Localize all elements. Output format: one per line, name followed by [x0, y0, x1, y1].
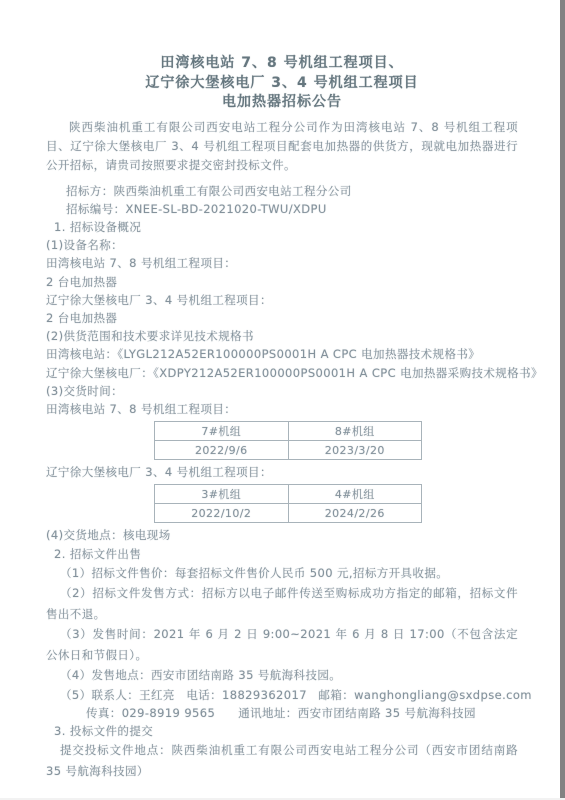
document-title: 田湾核电站 7、8 号机组工程项目、 辽宁徐大堡核电厂 3、4 号机组工程项目 … [46, 54, 518, 113]
delivery-table-tianwan: 7#机组 8#机组 2022/9/6 2023/3/20 [154, 421, 422, 460]
equipment-name-label: (1)设备名称： [46, 236, 518, 254]
fax-address-line: 传真：029-8919 9565通讯地址：西安市团结南路 35 号航海科技园 [46, 704, 518, 722]
table-row: 2022/9/6 2023/3/20 [155, 441, 422, 460]
unit7-header-cell: 7#机组 [155, 422, 289, 441]
xudabao-project-line: 辽宁徐大堡核电厂 3、4 号机组工程项目： [46, 291, 518, 309]
sale-place-line: （4）发售地点：西安市团结南路 35 号航海科技园。 [46, 665, 518, 686]
contact-email: 邮箱：wanghongliang@sxdpse.com [318, 688, 531, 702]
section3-heading: 3. 投标文件的提交 [46, 722, 518, 740]
tianwan-spec-line: 田湾核电站：《LYGL212A52ER100000PS0001H A CPC 电… [46, 345, 518, 363]
intro-paragraph: 陕西柴油机重工有限公司西安电站工程分公司作为田湾核电站 7、8 号机组工程项目、… [46, 118, 518, 175]
fax-number: 传真：029-8919 9565 [86, 706, 215, 720]
xudabao-spec-line: 辽宁徐大堡核电厂：《XDPY212A52ER100000PS0001H A CP… [46, 364, 518, 382]
scanned-document-page: 田湾核电站 7、8 号机组工程项目、 辽宁徐大堡核电厂 3、4 号机组工程项目 … [0, 0, 565, 800]
unit7-date-cell: 2022/9/6 [155, 441, 289, 460]
tianwan-quantity-line: 2 台电加热器 [46, 273, 518, 291]
doc-sale-method-line: （2）招标文件发售方式：招标方以电子邮件传送至购标成功方指定的邮箱，招标文件售出… [46, 583, 518, 624]
section2-heading: 2. 招标文件出售 [46, 545, 518, 563]
tianwan-delivery-label: 田湾核电站 7、8 号机组工程项目： [46, 400, 518, 418]
tender-number-line: 招标编号：XNEE-SL-BD-2021020-TWU/XDPU [46, 200, 518, 218]
xudabao-quantity-line: 2 台电加热器 [46, 309, 518, 327]
contact-line: （5）联系人：王红亮电话：18829362017邮箱：wanghongliang… [46, 686, 518, 704]
doc-price-line: （1）招标文件售价：每套招标文件售价人民币 500 元,招标方开具收据。 [46, 563, 518, 584]
table-row: 2022/10/2 2024/2/26 [155, 504, 422, 523]
tender-info-block: 招标方：陕西柴油机重工有限公司西安电站工程分公司 招标编号：XNEE-SL-BD… [46, 182, 518, 419]
contact-name: （5）联系人：王红亮 [60, 688, 175, 702]
unit8-date-cell: 2023/3/20 [288, 441, 422, 460]
contact-phone: 电话：18829362017 [186, 688, 307, 702]
unit4-date-cell: 2024/2/26 [288, 504, 422, 523]
document-content: 田湾核电站 7、8 号机组工程项目、 辽宁徐大堡核电厂 3、4 号机组工程项目 … [46, 54, 518, 781]
title-line-1: 田湾核电站 7、8 号机组工程项目、 [46, 54, 518, 74]
tianwan-project-line: 田湾核电站 7、8 号机组工程项目： [46, 254, 518, 272]
scan-edge-shadow [560, 0, 565, 800]
unit3-header-cell: 3#机组 [155, 485, 289, 504]
submit-place-line: 提交投标文件地点：陕西柴油机重工有限公司西安电站工程分公司（西安市团结南路 35… [46, 740, 518, 781]
mailing-address: 通讯地址：西安市团结南路 35 号航海科技园 [238, 706, 476, 720]
tenderer-line: 招标方：陕西柴油机重工有限公司西安电站工程分公司 [46, 182, 518, 200]
delivery-time-label: (3)交货时间： [46, 382, 518, 400]
xudabao-delivery-label: 辽宁徐大堡核电厂 3、4 号机组工程项目： [46, 463, 518, 481]
sale-and-submit-block: (4)交货地点：核电现场 2. 招标文件出售 （1）招标文件售价：每套招标文件售… [46, 526, 518, 781]
delivery-place-line: (4)交货地点：核电现场 [46, 526, 518, 544]
title-line-2: 辽宁徐大堡核电厂 3、4 号机组工程项目 [46, 74, 518, 94]
section1-heading: 1. 招标设备概况 [46, 218, 518, 236]
delivery-table-xudabao: 3#机组 4#机组 2022/10/2 2024/2/26 [154, 484, 422, 523]
sale-time-line: （3）发售时间：2021 年 6 月 2 日 9:00~2021 年 6 月 8… [46, 624, 518, 665]
unit8-header-cell: 8#机组 [288, 422, 422, 441]
title-line-3: 电加热器招标公告 [46, 93, 518, 113]
table-row: 7#机组 8#机组 [155, 422, 422, 441]
table-row: 3#机组 4#机组 [155, 485, 422, 504]
unit3-date-cell: 2022/10/2 [155, 504, 289, 523]
supply-scope-line: (2)供货范围和技术要求详见技术规格书 [46, 327, 518, 345]
unit4-header-cell: 4#机组 [288, 485, 422, 504]
